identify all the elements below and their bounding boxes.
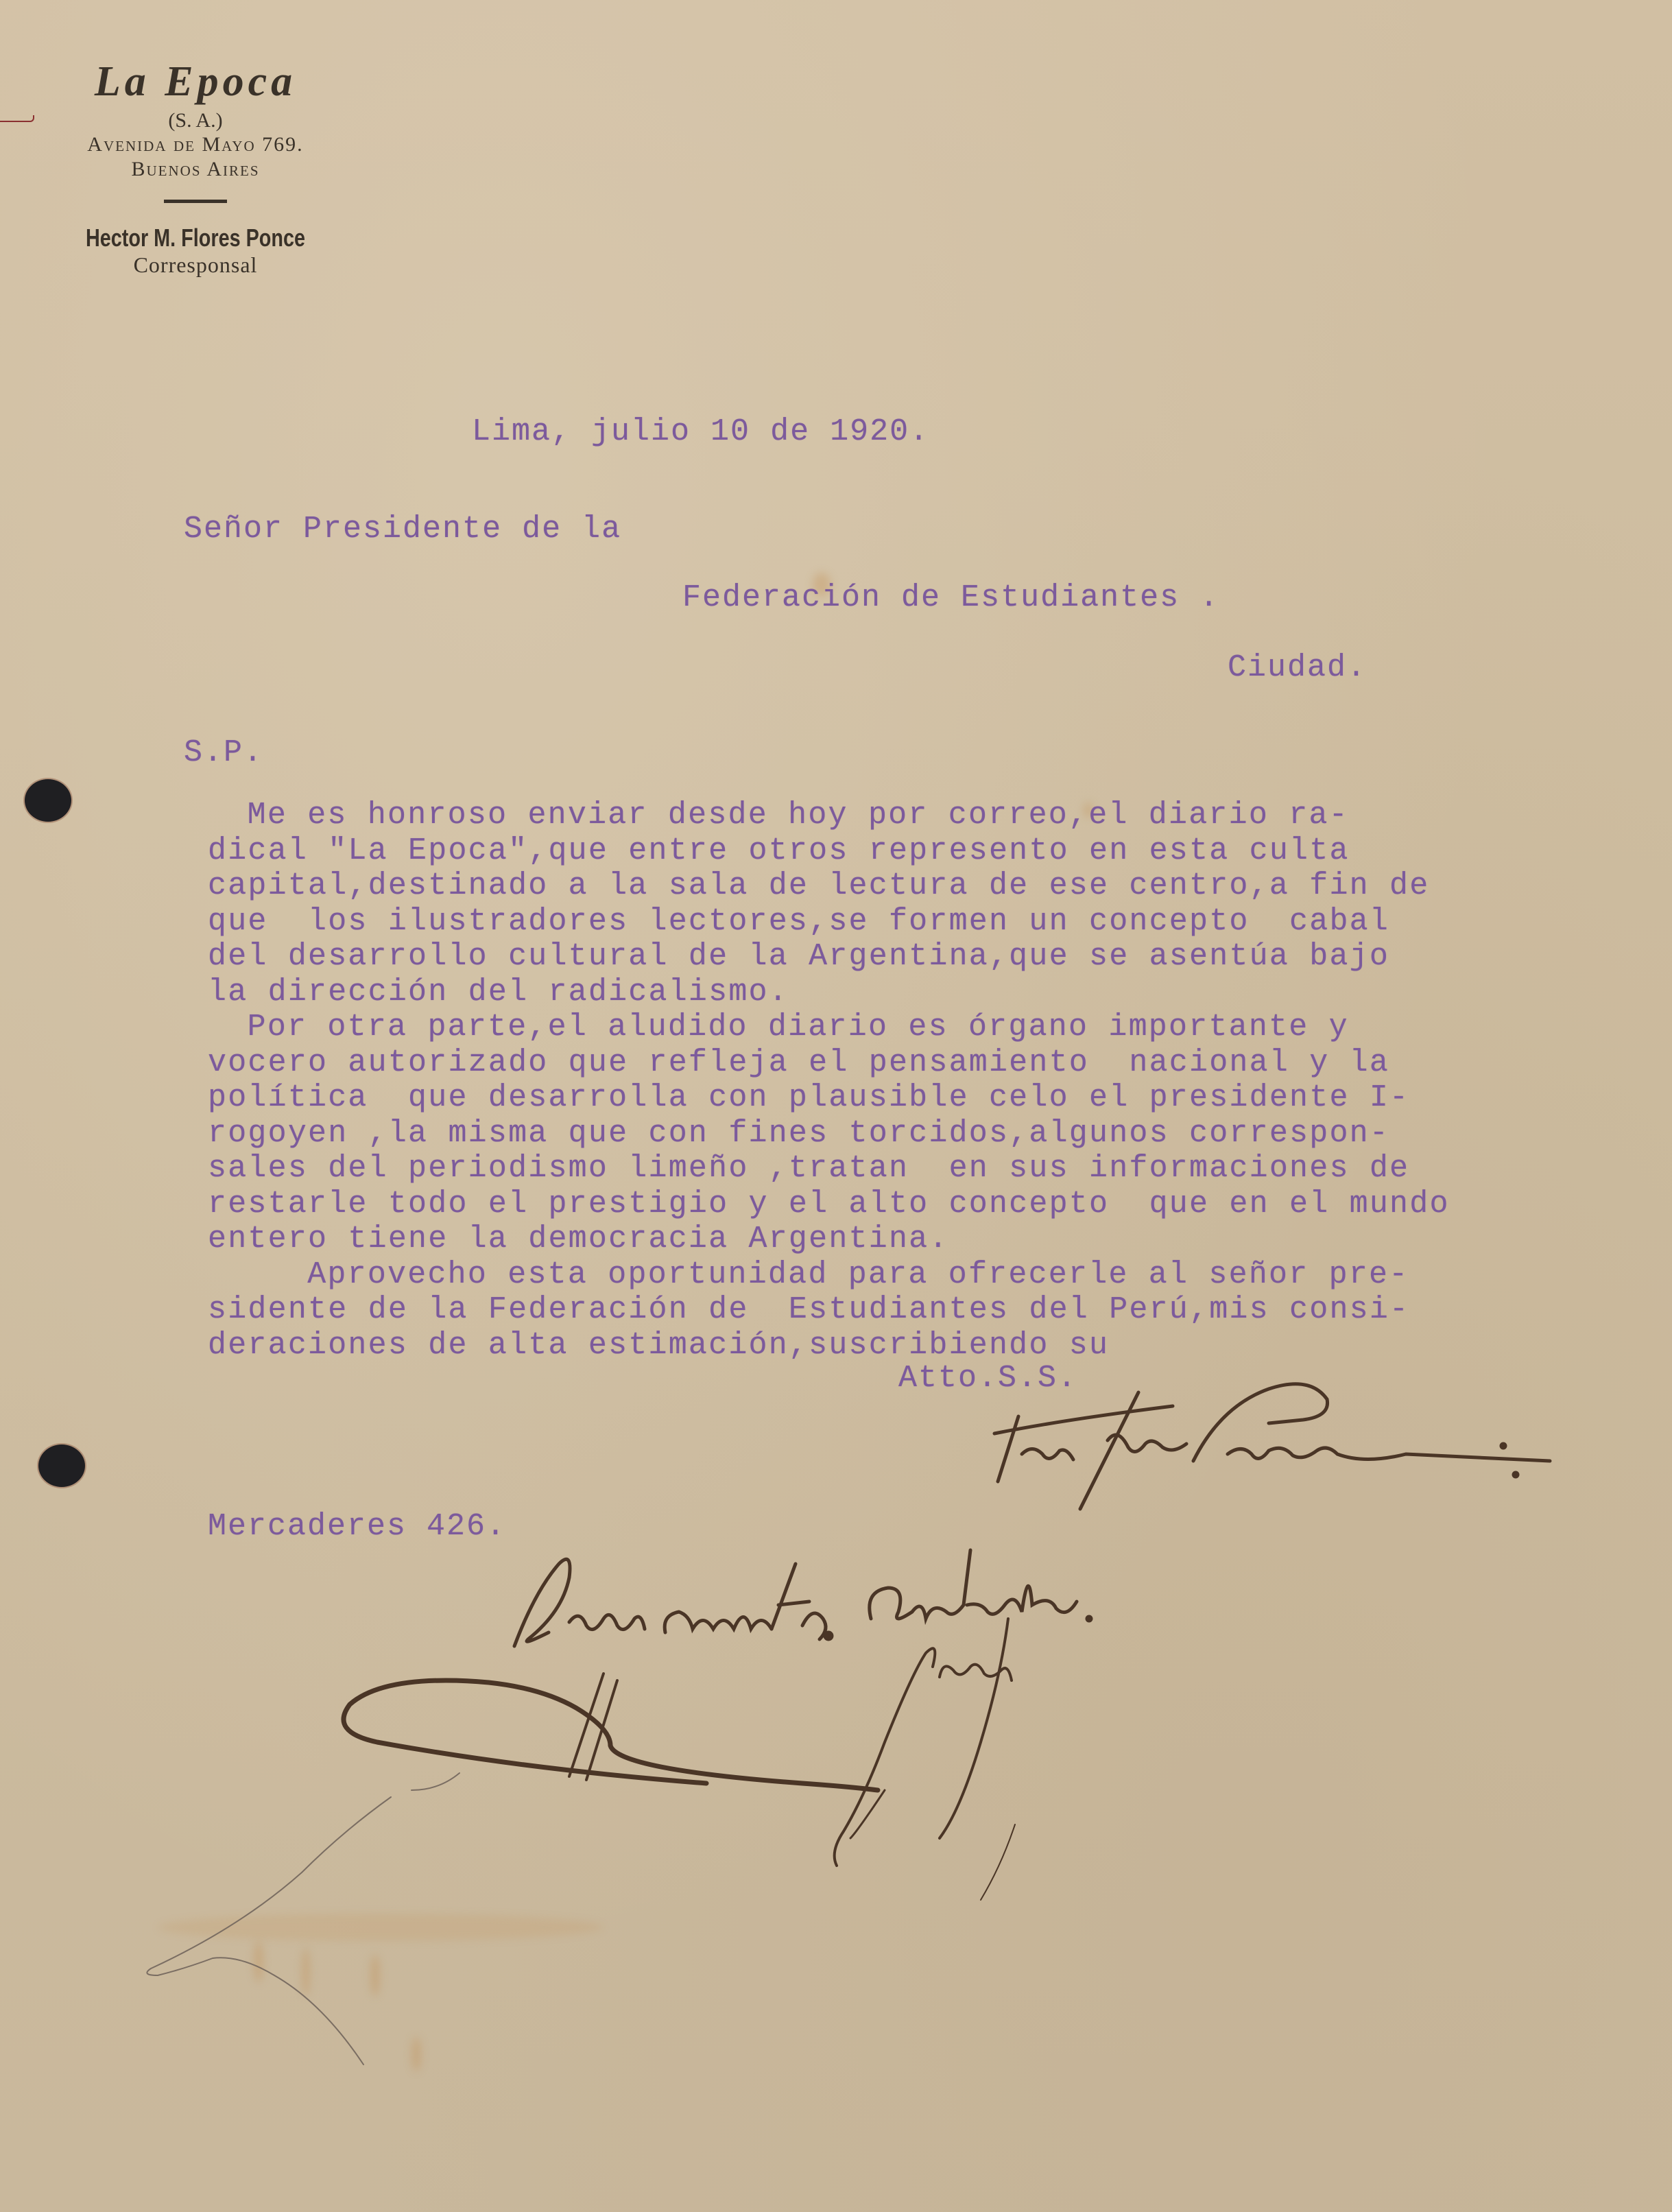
body-line: deraciones de alta estimación,suscribien… xyxy=(208,1328,1450,1364)
body-line: Aprovecho esta oportunidad para ofrecerl… xyxy=(187,1257,1450,1293)
body-line: sidente de la Federación de Estudiantes … xyxy=(208,1292,1450,1328)
letter-body: Me es honroso enviar desde hoy por corre… xyxy=(208,798,1450,1363)
body-line: sales del periodismo limeño ,tratan en s… xyxy=(208,1151,1450,1187)
body-line: vocero autorizado que refleja el pensami… xyxy=(208,1045,1450,1081)
corner-mark xyxy=(0,115,34,122)
sender-address: Mercaderes 426. xyxy=(208,1509,506,1545)
punch-hole-lower xyxy=(38,1444,85,1487)
body-line: Me es honroso enviar desde hoy por corre… xyxy=(187,798,1450,833)
correspondent-name: Hector M. Flores Ponce xyxy=(77,224,313,252)
signature-flores-ponce xyxy=(981,1379,1564,1519)
letterhead: La Epoca (S. A.) Avenida de Mayo 769. Bu… xyxy=(48,58,343,278)
body-line: la dirección del radicalismo. xyxy=(208,975,1450,1010)
recipient-line-1: Señor Presidente de la xyxy=(184,512,621,547)
address-line-2: Buenos Aires xyxy=(48,157,343,182)
body-line: restarle todo el prestigio y el alto con… xyxy=(208,1187,1450,1222)
letterhead-divider xyxy=(164,200,227,203)
newspaper-title: La Epoca xyxy=(48,58,343,105)
body-line: capital,destinado a la sala de lectura d… xyxy=(208,868,1450,904)
recipient-line-2: Federación de Estudiantes . xyxy=(682,580,1219,616)
letter-date: Lima, julio 10 de 1920. xyxy=(472,414,929,450)
body-line: que los ilustradores lectores,se formen … xyxy=(208,904,1450,940)
body-line: política que desarrolla con plausible ce… xyxy=(208,1080,1450,1116)
body-line: entero tiene la democracia Argentina. xyxy=(208,1222,1450,1257)
pencil-stroke xyxy=(137,1770,480,2082)
body-line: dical "La Epoca",que entre otros represe… xyxy=(208,833,1450,869)
body-line: rogoyen ,la misma que con fines torcidos… xyxy=(208,1116,1450,1152)
body-line: Por otra parte,el aludido diario es órga… xyxy=(187,1010,1450,1045)
body-line: del desarrollo cultural de la Argentina,… xyxy=(208,939,1450,975)
correspondent-role: Corresponsal xyxy=(48,252,343,278)
salutation: S.P. xyxy=(184,735,263,771)
recipient-line-3: Ciudad. xyxy=(1228,650,1367,686)
company-type: (S. A.) xyxy=(48,109,343,132)
address-line-1: Avenida de Mayo 769. xyxy=(48,132,343,157)
punch-hole-upper xyxy=(25,779,71,822)
